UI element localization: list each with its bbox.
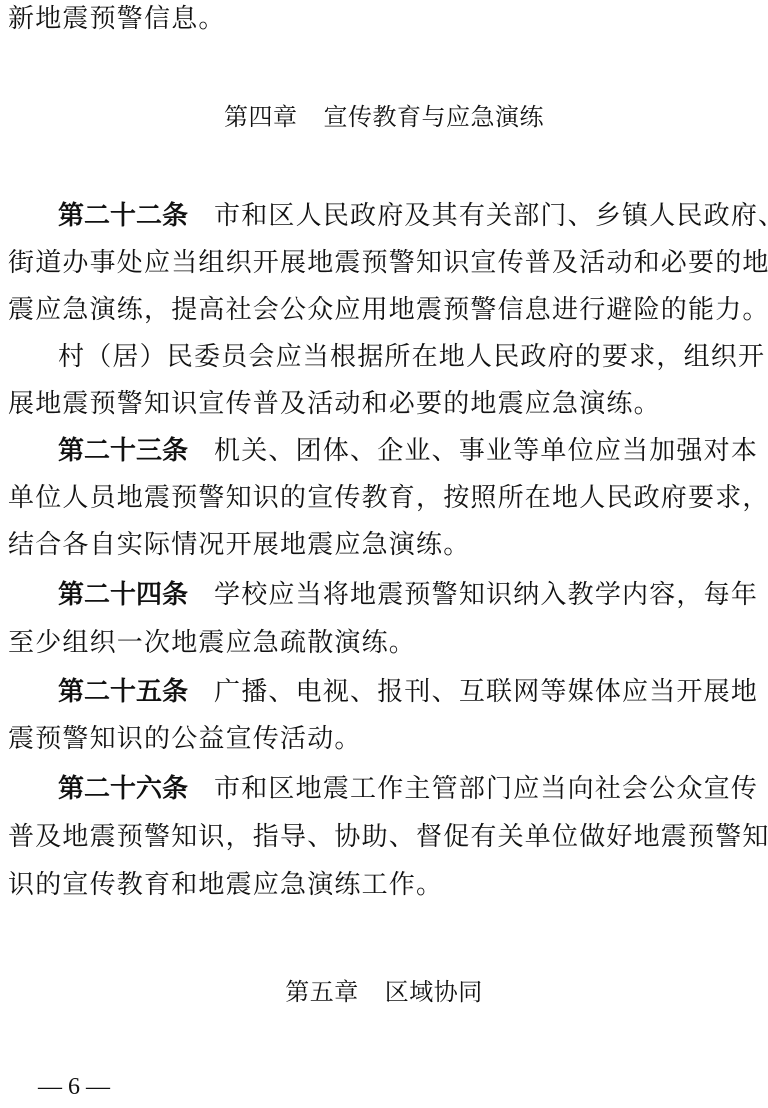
page-number: — 6 — (38, 1072, 110, 1102)
article-24-line-1: 第二十四条学校应当将地震预警知识纳入教学内容，每年 (58, 578, 758, 612)
article-label: 第二十五条 (58, 677, 188, 707)
article-23-line-1: 第二十三条机关、团体、企业、事业等单位应当加强对本 (58, 434, 758, 468)
chapter-number: 第四章 (224, 103, 298, 131)
carryover-text: 新地震预警信息。 (8, 2, 226, 36)
article-22-line-2: 街道办事处应当组织开展地震预警知识宣传普及活动和必要的地 (8, 246, 768, 280)
article-26-line-1: 第二十六条市和区地震工作主管部门应当向社会公众宣传 (58, 772, 758, 806)
article-text: 广播、电视、报刊、互联网等媒体应当开展地 (214, 677, 758, 707)
chapter-title: 区域协同 (385, 978, 483, 1006)
article-text: 学校应当将地震预警知识纳入教学内容，每年 (214, 580, 758, 610)
article-22-line-1: 第二十二条市和区人民政府及其有关部门、乡镇人民政府、 (58, 199, 768, 233)
article-24-line-2: 至少组织一次地震应急疏散演练。 (8, 626, 416, 660)
article-25-line-2: 震预警知识的公益宣传活动。 (8, 722, 362, 756)
article-26-line-2: 普及地震预警知识，指导、协助、督促有关单位做好地震预警知 (8, 820, 768, 854)
article-label: 第二十四条 (58, 580, 188, 610)
article-22-para2-line-2: 展地震预警知识宣传普及活动和必要的地震应急演练。 (8, 387, 661, 421)
article-text: 机关、团体、企业、事业等单位应当加强对本 (214, 436, 758, 466)
article-23-line-3: 结合各自实际情况开展地震应急演练。 (8, 528, 470, 562)
chapter-number: 第五章 (285, 978, 359, 1006)
article-text: 市和区人民政府及其有关部门、乡镇人民政府、 (214, 201, 768, 231)
chapter-heading-5: 第五章区域协同 (0, 975, 768, 1009)
article-26-line-3: 识的宣传教育和地震应急演练工作。 (8, 868, 443, 902)
article-text: 市和区地震工作主管部门应当向社会公众宣传 (214, 774, 758, 804)
article-label: 第二十三条 (58, 436, 188, 466)
article-22-line-3: 震应急演练，提高社会公众应用地震预警信息进行避险的能力。 (8, 293, 768, 327)
chapter-title: 宣传教育与应急演练 (324, 103, 545, 131)
article-label: 第二十二条 (58, 201, 188, 231)
article-22-para2-line-1: 村（居）民委员会应当根据所在地人民政府的要求，组织开 (58, 340, 765, 374)
chapter-heading-4: 第四章宣传教育与应急演练 (0, 100, 768, 134)
article-25-line-1: 第二十五条广播、电视、报刊、互联网等媒体应当开展地 (58, 675, 758, 709)
article-23-line-2: 单位人员地震预警知识的宣传教育，按照所在地人民政府要求， (8, 481, 768, 515)
article-label: 第二十六条 (58, 774, 188, 804)
